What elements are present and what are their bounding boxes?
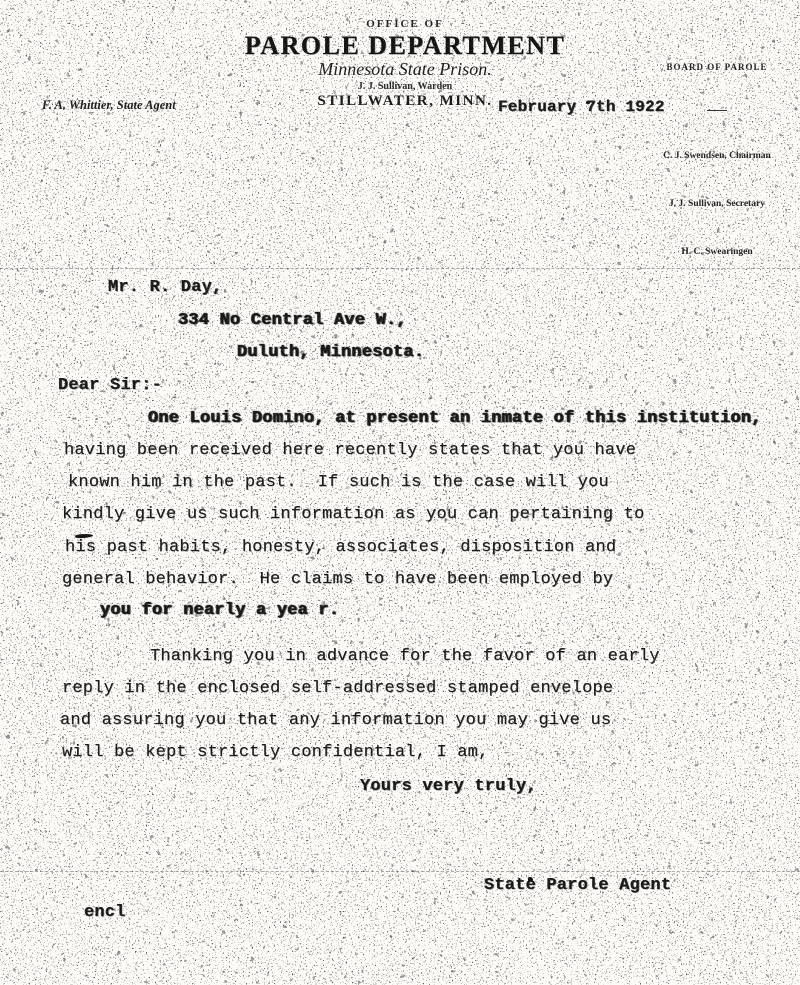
ink-speck — [528, 877, 533, 882]
body-line: Thanking you in advance for the favor of… — [150, 647, 660, 666]
office-of-label: OFFICE OF — [150, 18, 660, 30]
body-line: general behavior. He claims to have been… — [62, 570, 613, 589]
recipient-city-line: Duluth, Minnesota. — [237, 343, 424, 362]
body-line: his past habits, honesty, associates, di… — [65, 538, 616, 557]
board-rule — [707, 110, 727, 111]
department-title: PAROLE DEPARTMENT — [150, 31, 660, 61]
enclosure-note: encl — [84, 903, 126, 922]
board-member: C. J. Swendsen, Chairman — [638, 150, 796, 162]
salutation: Dear Sir:- — [58, 376, 162, 395]
ink-speck — [586, 101, 590, 104]
fold-line-top — [0, 268, 800, 269]
body-line: you for nearly a yea r. — [100, 601, 339, 620]
body-line: One Louis Domino, at present an inmate o… — [148, 409, 762, 428]
body-line: having been received here recently state… — [64, 441, 636, 460]
board-member: J. J. Sullivan, Secretary — [638, 198, 796, 210]
board-title: BOARD OF PAROLE — [638, 62, 796, 72]
state-agent-line: F. A. Whittier, State Agent — [42, 98, 176, 113]
body-line: kindly give us such information as you c… — [62, 505, 645, 524]
board-of-parole-block: BOARD OF PAROLE C. J. Swendsen, Chairman… — [638, 26, 796, 294]
body-line: will be kept strictly confidential, I am… — [62, 743, 488, 762]
body-line: known him in the past. If such is the ca… — [68, 473, 609, 492]
fold-line-bottom — [0, 871, 800, 872]
body-line: and assuring you that any information yo… — [60, 711, 611, 730]
recipient-name-line: Mr. R. Day, — [108, 278, 222, 297]
institution-subtitle: Minnesota State Prison. — [150, 59, 660, 80]
warden-line: J. J. Sullivan, Warden — [150, 81, 660, 92]
signature-title-line: State Parole Agent — [484, 876, 671, 895]
closing-line: Yours very truly, — [360, 777, 537, 796]
recipient-street-line: 334 No Central Ave W., — [178, 311, 407, 330]
body-line: reply in the enclosed self-addressed sta… — [62, 679, 613, 698]
board-member: H. C. Swearingen — [638, 246, 796, 258]
scanned-letter-page: OFFICE OF PAROLE DEPARTMENT Minnesota St… — [0, 0, 800, 985]
date-line: February 7th 1922 — [498, 98, 665, 116]
